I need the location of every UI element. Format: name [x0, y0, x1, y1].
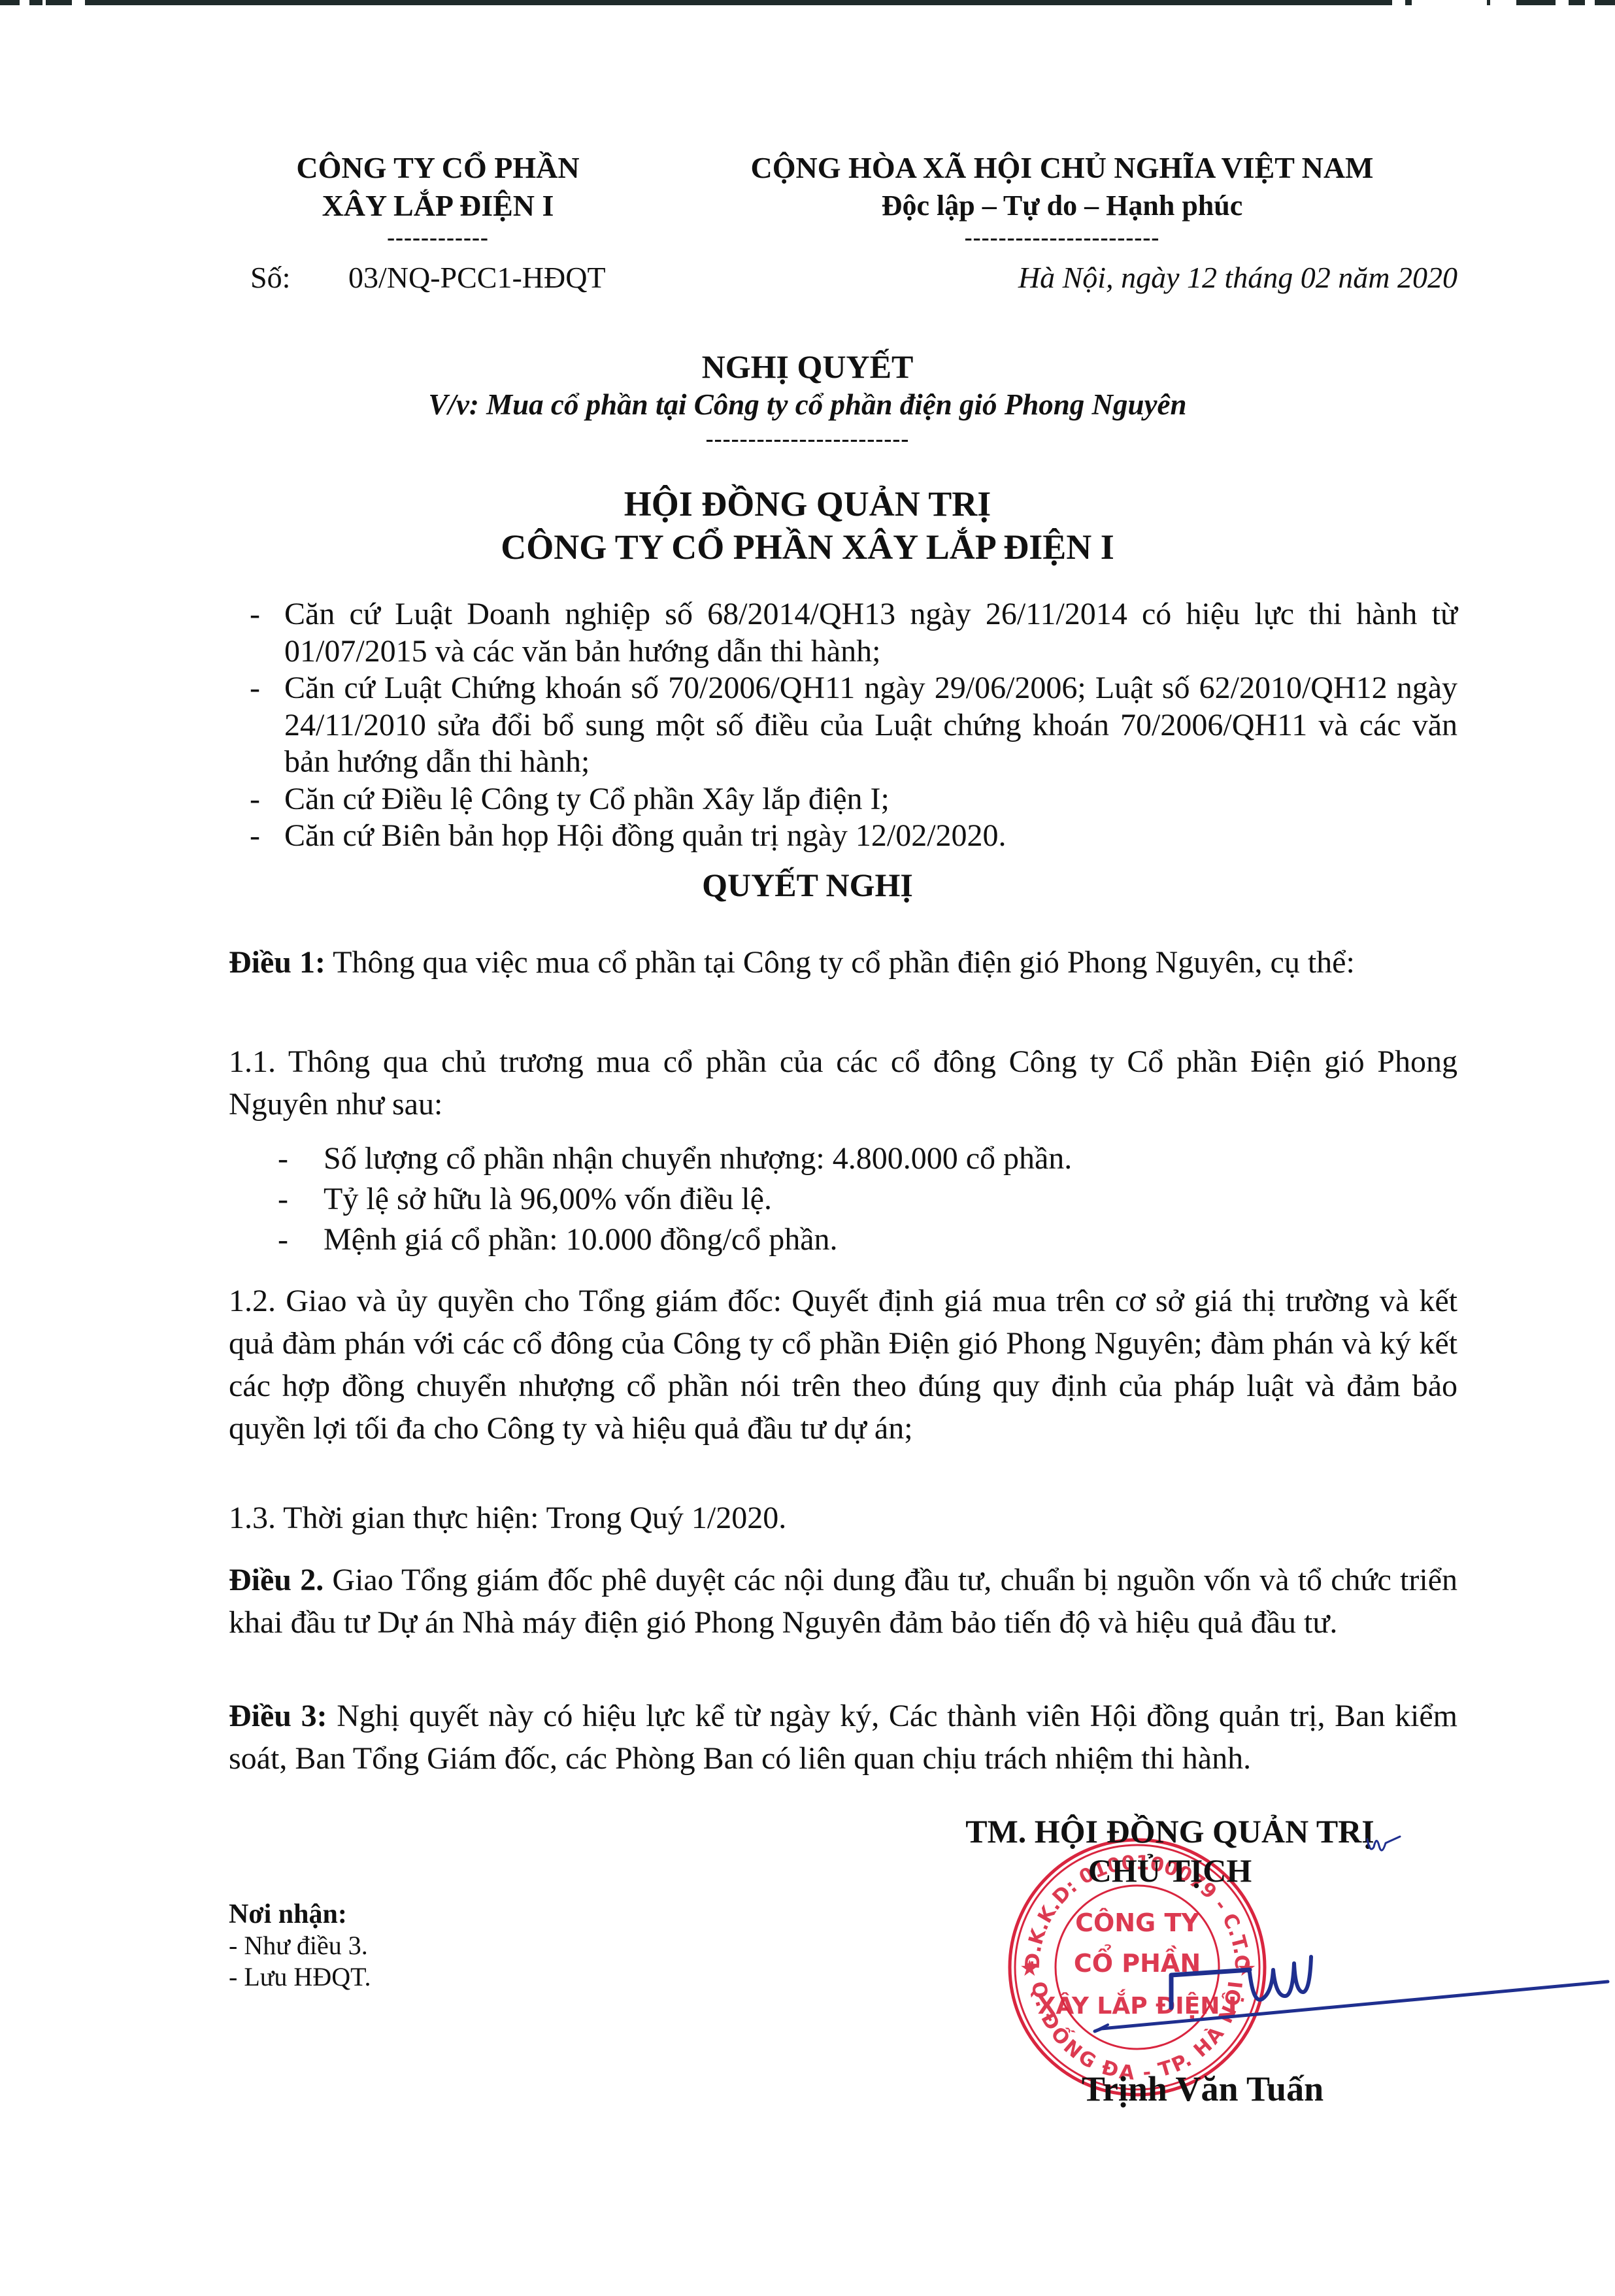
national-header: CỘNG HÒA XÃ HỘI CHỦ NGHĨA VIỆT NAM Độc l…	[693, 149, 1431, 250]
place-date: Hà Nội, ngày 12 tháng 02 năm 2020	[784, 260, 1457, 295]
legal-basis-item: - Căn cứ Biên bản họp Hội đồng quản trị …	[229, 818, 1457, 855]
scan-edge-mark	[1487, 0, 1490, 5]
article-2: Điều 2. Giao Tổng giám đốc phê duyệt các…	[229, 1559, 1457, 1644]
bullet-dash: -	[229, 596, 284, 670]
item-1-2: 1.2. Giao và ủy quyền cho Tổng giám đốc:…	[229, 1280, 1457, 1450]
article-3: Điều 3: Nghị quyết này có hiệu lực kể từ…	[229, 1695, 1457, 1780]
legal-basis-item: - Căn cứ Điều lệ Công ty Cổ phần Xây lắp…	[229, 781, 1457, 818]
article-2-label: Điều 2.	[229, 1563, 324, 1597]
legal-basis-list: - Căn cứ Luật Doanh nghiệp số 68/2014/QH…	[229, 596, 1457, 855]
recipient-item: - Như điều 3.	[229, 1930, 371, 1961]
legal-basis-text: Căn cứ Điều lệ Công ty Cổ phần Xây lắp đ…	[284, 781, 1457, 818]
issuer-block: HỘI ĐỒNG QUẢN TRỊ CÔNG TY CỔ PHẦN XÂY LẮ…	[0, 482, 1615, 569]
bullet-dash: -	[229, 818, 284, 855]
article-1-label: Điều 1:	[229, 945, 325, 980]
article-1-text: Thông qua việc mua cổ phần tại Công ty c…	[325, 945, 1355, 980]
detail-item: - Mệnh giá cổ phần: 10.000 đồng/cổ phần.	[229, 1220, 1457, 1260]
legal-basis-item: - Căn cứ Luật Chứng khoán số 70/2006/QH1…	[229, 670, 1457, 781]
company-name-line2: XÂY LẮP ĐIỆN I	[225, 187, 650, 225]
recipients-heading: Nơi nhận:	[229, 1899, 371, 1930]
recipients-block: Nơi nhận: - Như điều 3. - Lưu HĐQT.	[229, 1899, 371, 1993]
bullet-dash: -	[229, 1220, 324, 1260]
issuer-line2: CÔNG TY CỔ PHẦN XÂY LẮP ĐIỆN I	[0, 525, 1615, 569]
item-1-1-details: - Số lượng cổ phần nhận chuyển nhượng: 4…	[229, 1139, 1457, 1260]
nation-title: CỘNG HÒA XÃ HỘI CHỦ NGHĨA VIỆT NAM	[693, 149, 1431, 187]
document-number-label: Số:	[250, 260, 348, 295]
scan-edge-mark	[29, 0, 42, 5]
detail-text: Tỷ lệ sở hữu là 96,00% vốn điều lệ.	[324, 1179, 772, 1220]
bullet-dash: -	[229, 781, 284, 818]
document-number-value: 03/NQ-PCC1-HĐQT	[348, 261, 606, 294]
legal-basis-item: - Căn cứ Luật Doanh nghiệp số 68/2014/QH…	[229, 596, 1457, 670]
document-type: NGHỊ QUYẾT	[0, 348, 1615, 386]
scan-edge-mark	[1595, 0, 1615, 5]
scan-edge-mark	[85, 0, 1392, 5]
item-1-1: 1.1. Thông qua chủ trương mua cổ phần củ…	[229, 1040, 1457, 1125]
detail-item: - Số lượng cổ phần nhận chuyển nhượng: 4…	[229, 1139, 1457, 1179]
document-number: Số:03/NQ-PCC1-HĐQT	[250, 260, 606, 295]
scan-edge-mark	[46, 0, 72, 5]
scan-edge-mark	[1405, 0, 1412, 5]
nation-separator: -----------------------	[693, 225, 1431, 250]
recipient-item: - Lưu HĐQT.	[229, 1961, 371, 1993]
legal-basis-text: Căn cứ Luật Chứng khoán số 70/2006/QH11 …	[284, 670, 1457, 781]
article-3-text: Nghị quyết này có hiệu lực kể từ ngày ký…	[229, 1699, 1457, 1776]
company-name-line1: CÔNG TY CỔ PHẦN	[225, 149, 650, 187]
article-3-label: Điều 3:	[229, 1699, 327, 1733]
issuer-line1: HỘI ĐỒNG QUẢN TRỊ	[0, 482, 1615, 525]
company-header: CÔNG TY CỔ PHẦN XÂY LẮP ĐIỆN I ---------…	[225, 149, 650, 250]
detail-text: Số lượng cổ phần nhận chuyển nhượng: 4.8…	[324, 1139, 1072, 1179]
bullet-dash: -	[229, 1139, 324, 1179]
scan-edge-mark	[1569, 0, 1585, 5]
company-separator: ------------	[225, 225, 650, 250]
article-1: Điều 1: Thông qua việc mua cổ phần tại C…	[229, 941, 1457, 984]
signer-name: Trịnh Văn Tuấn	[902, 2069, 1503, 2109]
bullet-dash: -	[229, 670, 284, 781]
detail-item: - Tỷ lệ sở hữu là 96,00% vốn điều lệ.	[229, 1179, 1457, 1220]
nation-motto: Độc lập – Tự do – Hạnh phúc	[693, 187, 1431, 225]
scan-edge-mark	[1516, 0, 1556, 5]
resolution-heading: QUYẾT NGHỊ	[0, 866, 1615, 904]
title-separator: ------------------------	[0, 426, 1615, 451]
scan-edge-mark	[0, 0, 20, 5]
legal-basis-text: Căn cứ Biên bản họp Hội đồng quản trị ng…	[284, 818, 1457, 855]
article-2-text: Giao Tổng giám đốc phê duyệt các nội dun…	[229, 1563, 1457, 1640]
detail-text: Mệnh giá cổ phần: 10.000 đồng/cổ phần.	[324, 1220, 838, 1260]
bullet-dash: -	[229, 1179, 324, 1220]
legal-basis-text: Căn cứ Luật Doanh nghiệp số 68/2014/QH13…	[284, 596, 1457, 670]
item-1-3: 1.3. Thời gian thực hiện: Trong Quý 1/20…	[229, 1497, 1457, 1539]
document-subject: V/v: Mua cổ phần tại Công ty cổ phần điệ…	[0, 388, 1615, 422]
